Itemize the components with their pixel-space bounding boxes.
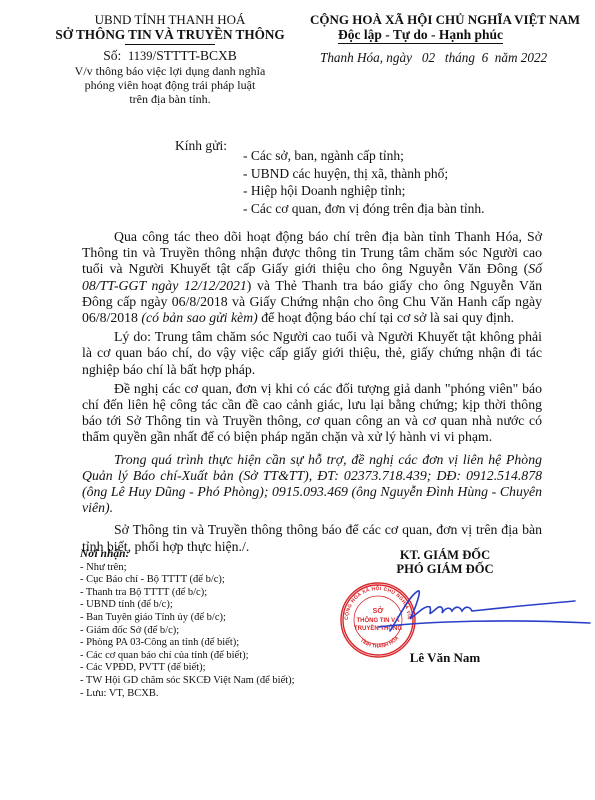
signer-name: Lê Văn Nam <box>360 650 530 666</box>
document-number: Số: 1139/STTTT-BCXB <box>40 48 300 64</box>
authority-name: UBND TỈNH THANH HOÁ <box>40 12 300 27</box>
body-paragraph-1: Qua công tác theo dõi hoạt động báo chí … <box>82 229 542 326</box>
signature-title-line-2: PHÓ GIÁM ĐỐC <box>360 562 530 576</box>
addressee-item: - UBND các huyện, thị xã, thành phố; <box>243 165 484 183</box>
distribution-item: - Các cơ quan báo chí của tỉnh (để biết)… <box>80 650 295 663</box>
distribution-list: Nơi nhận: - Như trên; - Cục Báo chí - Bộ… <box>80 548 295 700</box>
nation-title: CỘNG HOÀ XÃ HỘI CHỦ NGHĨA VIỆT NAM <box>300 12 590 27</box>
subject-line: phóng viên hoạt động trái pháp luật <box>40 78 300 92</box>
distribution-item: - Thanh tra Bộ TTTT (để b/c); <box>80 587 295 600</box>
distribution-item: - Phòng PA 03-Công an tỉnh (để biết); <box>80 637 295 650</box>
distribution-item: - Lưu: VT, BCXB. <box>80 688 295 701</box>
date-year-label: năm <box>495 50 518 65</box>
header-divider <box>125 44 215 45</box>
handwritten-signature-icon <box>370 585 595 635</box>
body-paragraph-3: Đề nghị các cơ quan, đơn vị khi có các đ… <box>82 381 542 446</box>
issuing-authority-block: UBND TỈNH THANH HOÁ SỞ THÔNG TIN VÀ TRUY… <box>40 12 300 106</box>
date-year: 2022 <box>521 50 547 65</box>
body-paragraph-2: Lý do: Trung tâm chăm sóc Người cao tuổi… <box>82 329 542 378</box>
signature-title: KT. GIÁM ĐỐC PHÓ GIÁM ĐỐC <box>360 548 530 576</box>
addressee-item: - Các cơ quan, đơn vị đóng trên địa bàn … <box>243 200 484 218</box>
body-paragraph-4: Trong quá trình thực hiện cần sự hỗ trợ,… <box>82 452 542 517</box>
distribution-item: - TW Hội GD chăm sóc SKCĐ Việt Nam (để b… <box>80 675 295 688</box>
national-motto: Độc lập - Tự do - Hạnh phúc <box>338 27 503 44</box>
document-number-label: Số: <box>103 48 121 63</box>
date-month-label: tháng <box>445 50 475 65</box>
addressees-label: Kính gửi: <box>175 138 227 154</box>
document-subject: V/v thông báo việc lợi dụng danh nghĩa p… <box>40 64 300 106</box>
date-place: Thanh Hóa, ngày <box>320 50 412 65</box>
addressees-list: - Các sở, ban, ngành cấp tỉnh; - UBND cá… <box>243 147 484 217</box>
distribution-item: - Ban Tuyên giáo Tỉnh ủy (để b/c); <box>80 612 295 625</box>
issue-date: Thanh Hóa, ngày 02 tháng 6 năm 2022 <box>300 50 590 65</box>
distribution-item: - Các VPĐD, PVTT (để biết); <box>80 662 295 675</box>
document-code: /STTTT-BCXB <box>153 48 237 63</box>
subject-line: trên địa bàn tỉnh. <box>40 92 300 106</box>
addressee-item: - Hiệp hội Doanh nghiệp tỉnh; <box>243 182 484 200</box>
distribution-title: Nơi nhận: <box>80 548 295 561</box>
department-name: SỞ THÔNG TIN VÀ TRUYỀN THÔNG <box>40 27 300 42</box>
distribution-item: - UBND tỉnh (để b/c); <box>80 599 295 612</box>
addressee-item: - Các sở, ban, ngành cấp tỉnh; <box>243 147 484 165</box>
document-number-value: 1139 <box>128 49 153 63</box>
signature-title-line-1: KT. GIÁM ĐỐC <box>360 548 530 562</box>
document-body: Qua công tác theo dõi hoạt động báo chí … <box>82 229 542 558</box>
distribution-item: - Cục Báo chí - Bộ TTTT (để b/c); <box>80 574 295 587</box>
national-header-block: CỘNG HOÀ XÃ HỘI CHỦ NGHĨA VIỆT NAM Độc l… <box>300 12 590 65</box>
distribution-item: - Giám đốc Sở (để b/c); <box>80 625 295 638</box>
svg-text:TỈNH THANH HÓA: TỈNH THANH HÓA <box>359 635 401 650</box>
date-day: 02 <box>422 50 435 65</box>
subject-line: V/v thông báo việc lợi dụng danh nghĩa <box>40 64 300 78</box>
distribution-item: - Như trên; <box>80 562 295 575</box>
date-month: 6 <box>482 50 489 65</box>
